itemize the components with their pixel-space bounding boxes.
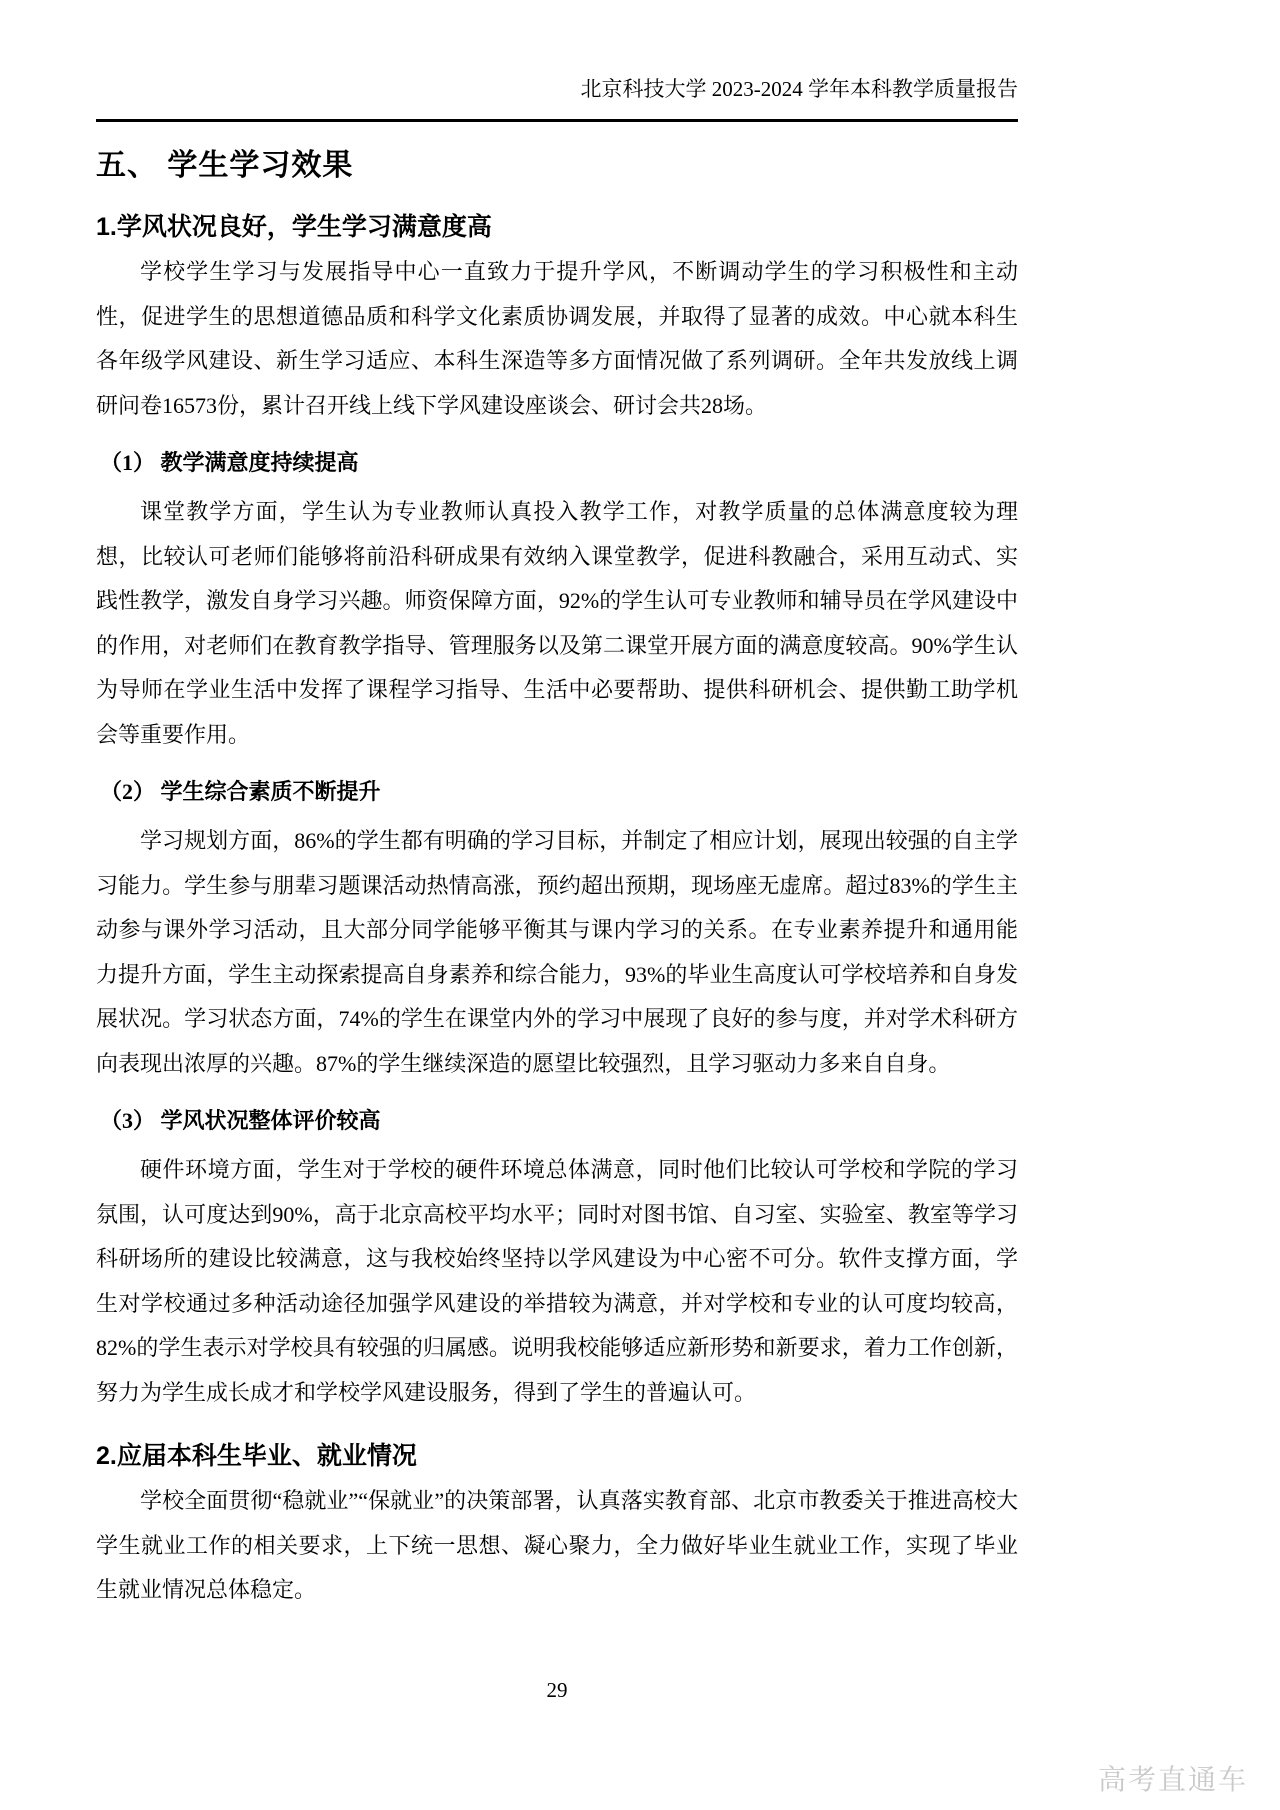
subsection-3-paragraph: 硬件环境方面，学生对于学校的硬件环境总体满意，同时他们比较认可学校和学院的学习氛… xyxy=(96,1148,1018,1415)
subsection-2-paragraph: 学习规划方面，86%的学生都有明确的学习目标，并制定了相应计划，展现出较强的自主… xyxy=(96,819,1018,1086)
chapter-title: 五、 学生学习效果 xyxy=(96,146,1018,186)
subsection-3-title: （3） 学风状况整体评价较高 xyxy=(96,1100,1018,1142)
section-1-intro-paragraph: 学校学生学习与发展指导中心一直致力于提升学风，不断调动学生的学习积极性和主动性，… xyxy=(96,250,1018,428)
section-2-title: 2.应届本科生毕业、就业情况 xyxy=(96,1439,1018,1473)
subsection-2-title: （2） 学生综合素质不断提升 xyxy=(96,771,1018,813)
page-number: 29 xyxy=(96,1678,1018,1703)
report-page: 北京科技大学 2023-2024 学年本科教学质量报告 五、 学生学习效果 1.… xyxy=(0,0,1280,1810)
subsection-1-title: （1） 教学满意度持续提高 xyxy=(96,442,1018,484)
running-header-text: 北京科技大学 2023-2024 学年本科教学质量报告 xyxy=(581,77,1019,101)
section-1-title: 1.学风状况良好，学生学习满意度高 xyxy=(96,210,1018,244)
watermark: 高考直通车 xyxy=(1098,1758,1248,1798)
section-2-intro-paragraph: 学校全面贯彻“稳就业”“保就业”的决策部署，认真落实教育部、北京市教委关于推进高… xyxy=(96,1479,1018,1613)
running-header: 北京科技大学 2023-2024 学年本科教学质量报告 xyxy=(96,76,1018,122)
page-body: 五、 学生学习效果 1.学风状况良好，学生学习满意度高 学校学生学习与发展指导中… xyxy=(96,122,1018,1613)
subsection-1-paragraph: 课堂教学方面，学生认为专业教师认真投入教学工作，对教学质量的总体满意度较为理想，… xyxy=(96,490,1018,757)
